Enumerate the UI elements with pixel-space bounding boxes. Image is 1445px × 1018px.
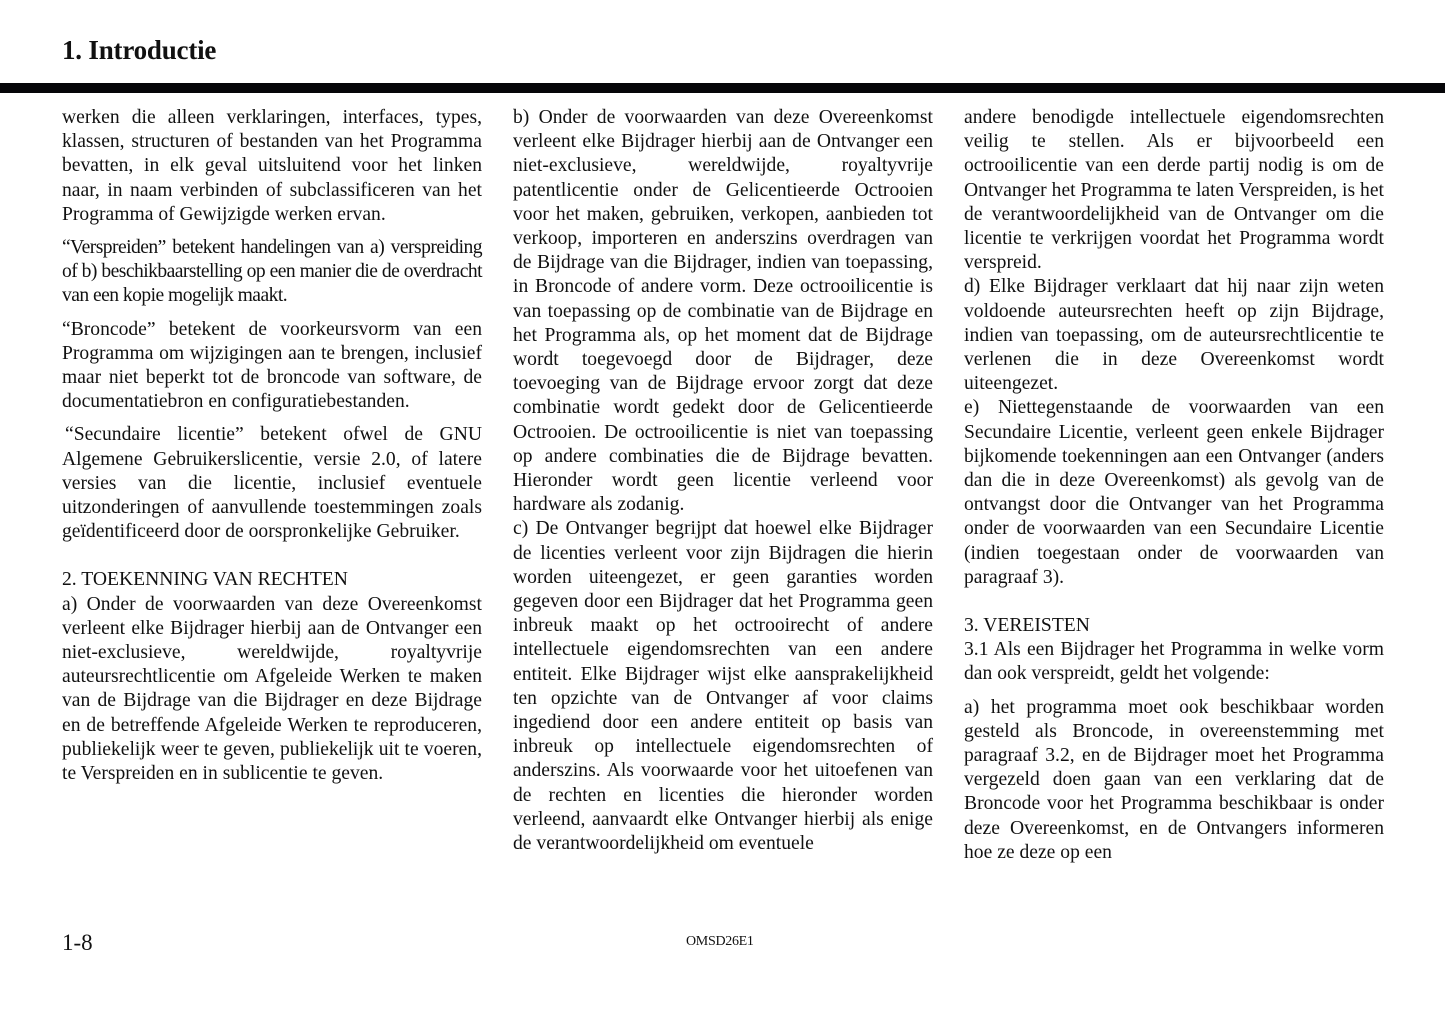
paragraph-broncode-definition: “Broncode” betekent de voorkeursvorm van… bbox=[62, 318, 482, 415]
text-column-3: andere benodigde intellectuele eigendoms… bbox=[964, 106, 1384, 865]
section-heading-toekenning: 2. TOEKENNING VAN RECHTEN bbox=[62, 568, 482, 592]
paragraph-section2-b: b) Onder de voorwaarden van deze Over­ee… bbox=[513, 106, 933, 517]
chapter-title: 1. Introductie bbox=[62, 32, 216, 68]
header-rule bbox=[0, 83, 1445, 93]
page-number: 1-8 bbox=[62, 928, 93, 958]
document-code: OMSD26E1 bbox=[686, 933, 754, 951]
paragraph-section2-a: a) Onder de voorwaarden van deze Over­ee… bbox=[62, 593, 482, 787]
text-column-2: b) Onder de voorwaarden van deze Over­ee… bbox=[513, 106, 933, 856]
paragraph-secundaire-licentie-definition: “Secundaire licentie” betekent ofwel de … bbox=[62, 423, 482, 544]
paragraph-section3-1-a: a) het programma moet ook beschikbaar wo… bbox=[964, 696, 1384, 865]
paragraph-section3-1: 3.1 Als een Bijdrager het Programma in w… bbox=[964, 638, 1384, 686]
paragraph-section2-d: d) Elke Bijdrager verklaart dat hij naar… bbox=[964, 275, 1384, 396]
paragraph-section2-c-continued: andere benodigde intellectuele eigendoms… bbox=[964, 106, 1384, 275]
paragraph-section2-c: c) De Ontvanger begrijpt dat hoewel elke… bbox=[513, 517, 933, 856]
paragraph-verspreiden-definition: “Verspreiden” betekent handelingen van a… bbox=[62, 236, 482, 309]
paragraph-werken: werken die alleen verklaringen, interfac… bbox=[62, 106, 482, 227]
section-heading-vereisten: 3. VEREISTEN bbox=[964, 614, 1384, 638]
text-column-1: werken die alleen verklaringen, interfac… bbox=[62, 106, 482, 786]
paragraph-section2-e: e) Niettegenstaande de voorwaarden van e… bbox=[964, 396, 1384, 590]
